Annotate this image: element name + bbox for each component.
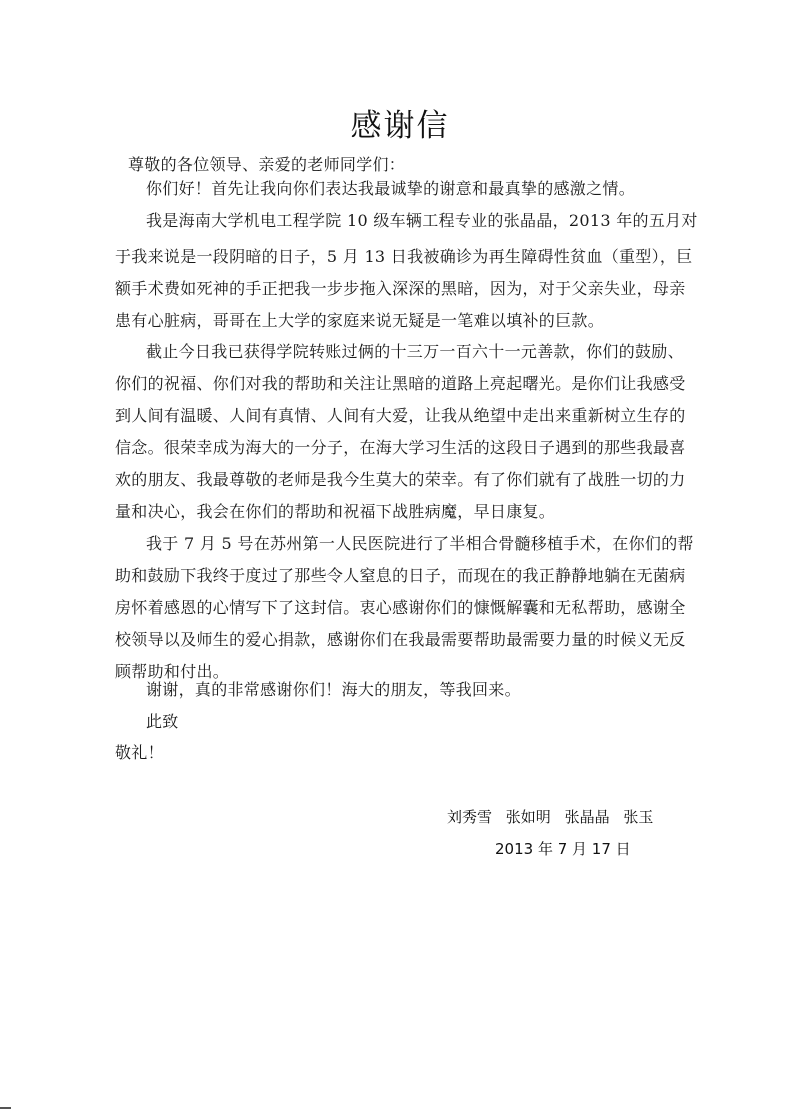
- letter-line: 此致: [114, 707, 698, 737]
- letter-page: 感谢信 尊敬的各位领导、亲爱的老师同学们： 你们好！首先让我向你们表达我最诚挚的…: [0, 0, 800, 1109]
- letter-date: 2013 年 7 月 17 日: [495, 838, 631, 859]
- letter-line: 你们好！首先让我向你们表达我最诚挚的谢意和最真挚的感激之情。: [114, 174, 698, 204]
- letter-line: 截止今日我已获得学院转账过俩的十三万一百六十一元善款，你们的鼓励、: [114, 337, 698, 367]
- letter-line: 到人间有温暖、人间有真情、人间有大爱，让我从绝望中走出来重新树立生存的: [115, 401, 667, 431]
- letter-line: 敬礼！: [115, 738, 667, 768]
- letter-line: 我于 7 月 5 号在苏州第一人民医院进行了半相合骨髓移植手术，在你们的帮: [114, 529, 698, 559]
- letter-line: 额手术费如死神的手正把我一步步拖入深深的黑暗，因为，对于父亲失业，母亲: [115, 274, 667, 304]
- signatory-name: 张如明: [506, 808, 551, 826]
- letter-line: 量和决心，我会在你们的帮助和祝福下战胜病魔，早日康复。: [115, 497, 667, 527]
- signatory-name: 张玉: [623, 808, 653, 826]
- signatories: 刘秀雪 张如明 张晶晶 张玉: [447, 806, 662, 827]
- letter-line: 我是海南大学机电工程学院 10 级车辆工程专业的张晶晶，2013 年的五月对: [114, 206, 698, 236]
- signatory-name: 张晶晶: [565, 808, 610, 826]
- letter-line: 谢谢，真的非常感谢你们！海大的朋友，等我回来。: [114, 675, 698, 705]
- letter-line: 校领导以及师生的爱心捐款，感谢你们在我最需要帮助最需要力量的时候义无反: [115, 625, 667, 655]
- signatory-name: 刘秀雪: [447, 808, 492, 826]
- letter-line: 信念。很荣幸成为海大的一分子，在海大学习生活的这段日子遇到的那些我最喜: [115, 433, 667, 463]
- letter-title: 感谢信: [0, 100, 800, 145]
- letter-line: 患有心脏病，哥哥在上大学的家庭来说无疑是一笔难以填补的巨款。: [115, 306, 667, 336]
- letter-line: 欢的朋友、我最尊敬的老师是我今生莫大的荣幸。有了你们就有了战胜一切的力: [115, 465, 667, 495]
- letter-line: 于我来说是一段阴暗的日子，5 月 13 日我被确诊为再生障碍性贫血（重型），巨: [115, 242, 667, 272]
- letter-line: 助和鼓励下我终于度过了那些令人窒息的日子，而现在的我正静静地躺在无菌病: [115, 561, 667, 591]
- letter-line: 房怀着感恩的心情写下了这封信。衷心感谢你们的慷慨解囊和无私帮助，感谢全: [115, 593, 667, 623]
- letter-line: 你们的祝福、你们对我的帮助和关注让黑暗的道路上亮起曙光。是你们让我感受: [115, 369, 667, 399]
